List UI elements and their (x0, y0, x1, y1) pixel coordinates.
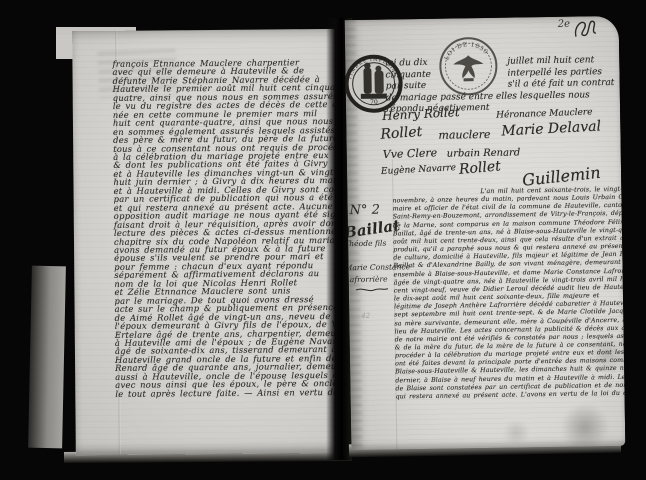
signature: Rollet (380, 124, 423, 143)
signature: urbain Renard (447, 147, 521, 159)
underline-flourish-icon (355, 287, 389, 294)
signature: mauclere (438, 128, 490, 142)
scanned-register-photo: françois Etnnance Mauclere charpentierav… (0, 0, 646, 480)
signature: Henry Rollet (382, 105, 460, 123)
paper-stain (588, 334, 626, 375)
right-page-scan: 2e 70 TIMBRE IMPERIAL LOI (345, 16, 626, 450)
left-page-manuscript-text: françois Etnnance Mauclere charpentierav… (112, 58, 353, 398)
signature: Rollet (458, 158, 501, 178)
signature: Eugène Navarre (381, 163, 456, 177)
right-page-manuscript-text: L'an mil huit cent soixante-trois, le vi… (392, 186, 624, 402)
signature: Marie Delaval (501, 118, 601, 139)
handwritten-line: le tout après lecture faite. — Ainsi en … (115, 387, 354, 398)
signature: Vve Clere (383, 146, 438, 161)
pencil-annotation: 42 (361, 312, 370, 320)
left-page-scan: françois Etnnance Mauclere charpentierav… (72, 29, 354, 455)
book-cover-edge (28, 266, 66, 449)
paper-stain (559, 404, 612, 450)
